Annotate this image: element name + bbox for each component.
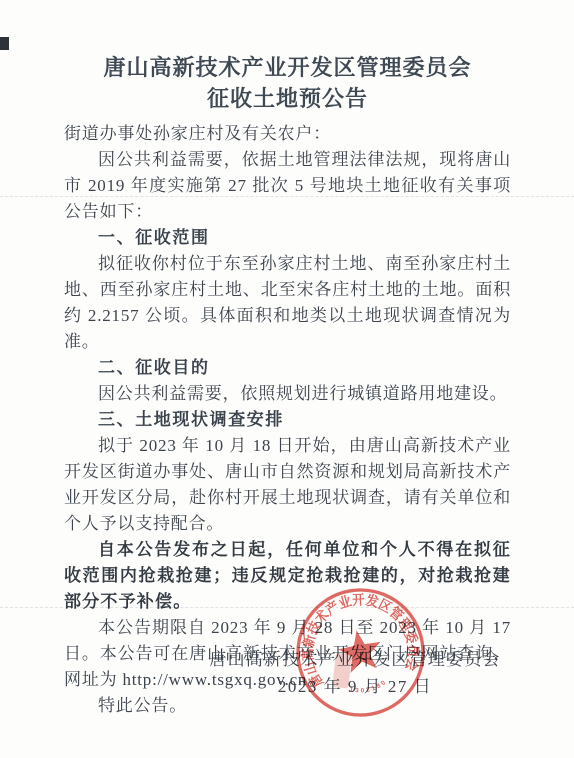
section-2-heading: 二、征收目的: [64, 355, 511, 381]
section-3-heading: 三、土地现状调查安排: [64, 407, 511, 433]
page-title-line1: 唐山高新技术产业开发区管理委员会: [64, 52, 511, 83]
section-1-heading: 一、征收范围: [64, 225, 511, 251]
section-2-body: 因公共利益需要，依照规划进行城镇道路用地建设。: [64, 381, 511, 407]
intro-paragraph: 因公共利益需要，依据土地管理法律法规，现将唐山市 2019 年度实施第 27 批…: [64, 147, 511, 225]
official-seal: 唐山高新技术产业开发区管理委员会 1302180009: [283, 575, 437, 729]
page-title-line2: 征收土地预公告: [64, 83, 511, 114]
document-page: 唐山高新技术产业开发区管理委员会 征收土地预公告 街道办事处孙家庄村及有关农户：…: [0, 0, 574, 758]
section-1-body: 拟征收你村位于东至孙家庄村土地、南至孙家庄村土地、西至孙家庄村土地、北至宋各庄村…: [64, 251, 511, 355]
seal-smudge: [332, 653, 351, 689]
section-3-body: 拟于 2023 年 10 月 18 日开始，由唐山高新技术产业开发区街道办事处、…: [64, 433, 511, 537]
salutation: 街道办事处孙家庄村及有关农户：: [64, 121, 511, 147]
